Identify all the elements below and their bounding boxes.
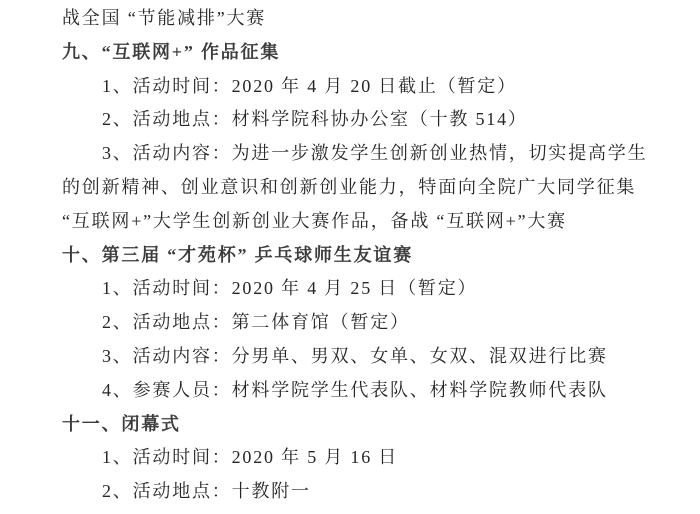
section-11-time: 1、活动时间：2020 年 5 月 16 日 xyxy=(62,441,662,475)
section-9-time: 1、活动时间：2020 年 4 月 20 日截止（暂定） xyxy=(62,70,662,104)
section-10-time: 1、活动时间：2020 年 4 月 25 日（暂定） xyxy=(62,272,662,306)
doc-line-continuation: 战全国 “节能减排”大赛 xyxy=(62,2,662,36)
section-9-content-continued: 的创新精神、创业意识和创新创业能力，特面向全院广大同学征集 xyxy=(62,171,662,205)
section-9-content-continued-2: “互联网+”大学生创新创业大赛作品，备战 “互联网+”大赛 xyxy=(62,205,662,239)
section-9-location: 2、活动地点：材料学院科协办公室（十教 514） xyxy=(62,103,662,137)
section-9-heading: 九、“互联网+” 作品征集 xyxy=(62,36,662,70)
document-text-block: 战全国 “节能减排”大赛 九、“互联网+” 作品征集 1、活动时间：2020 年… xyxy=(62,2,662,509)
section-10-location: 2、活动地点：第二体育馆（暂定） xyxy=(62,306,662,340)
section-10-heading: 十、第三届 “才苑杯” 乒乓球师生友谊赛 xyxy=(62,239,662,273)
section-11-heading: 十一、闭幕式 xyxy=(62,408,662,442)
document-page: 战全国 “节能减排”大赛 九、“互联网+” 作品征集 1、活动时间：2020 年… xyxy=(0,0,700,514)
section-9-content: 3、活动内容：为进一步激发学生创新创业热情，切实提高学生 xyxy=(62,137,662,171)
section-11-location: 2、活动地点：十教附一 xyxy=(62,475,662,509)
section-10-participants: 4、参赛人员：材料学院学生代表队、材料学院教师代表队 xyxy=(62,374,662,408)
section-10-content: 3、活动内容：分男单、男双、女单、女双、混双进行比赛 xyxy=(62,340,662,374)
